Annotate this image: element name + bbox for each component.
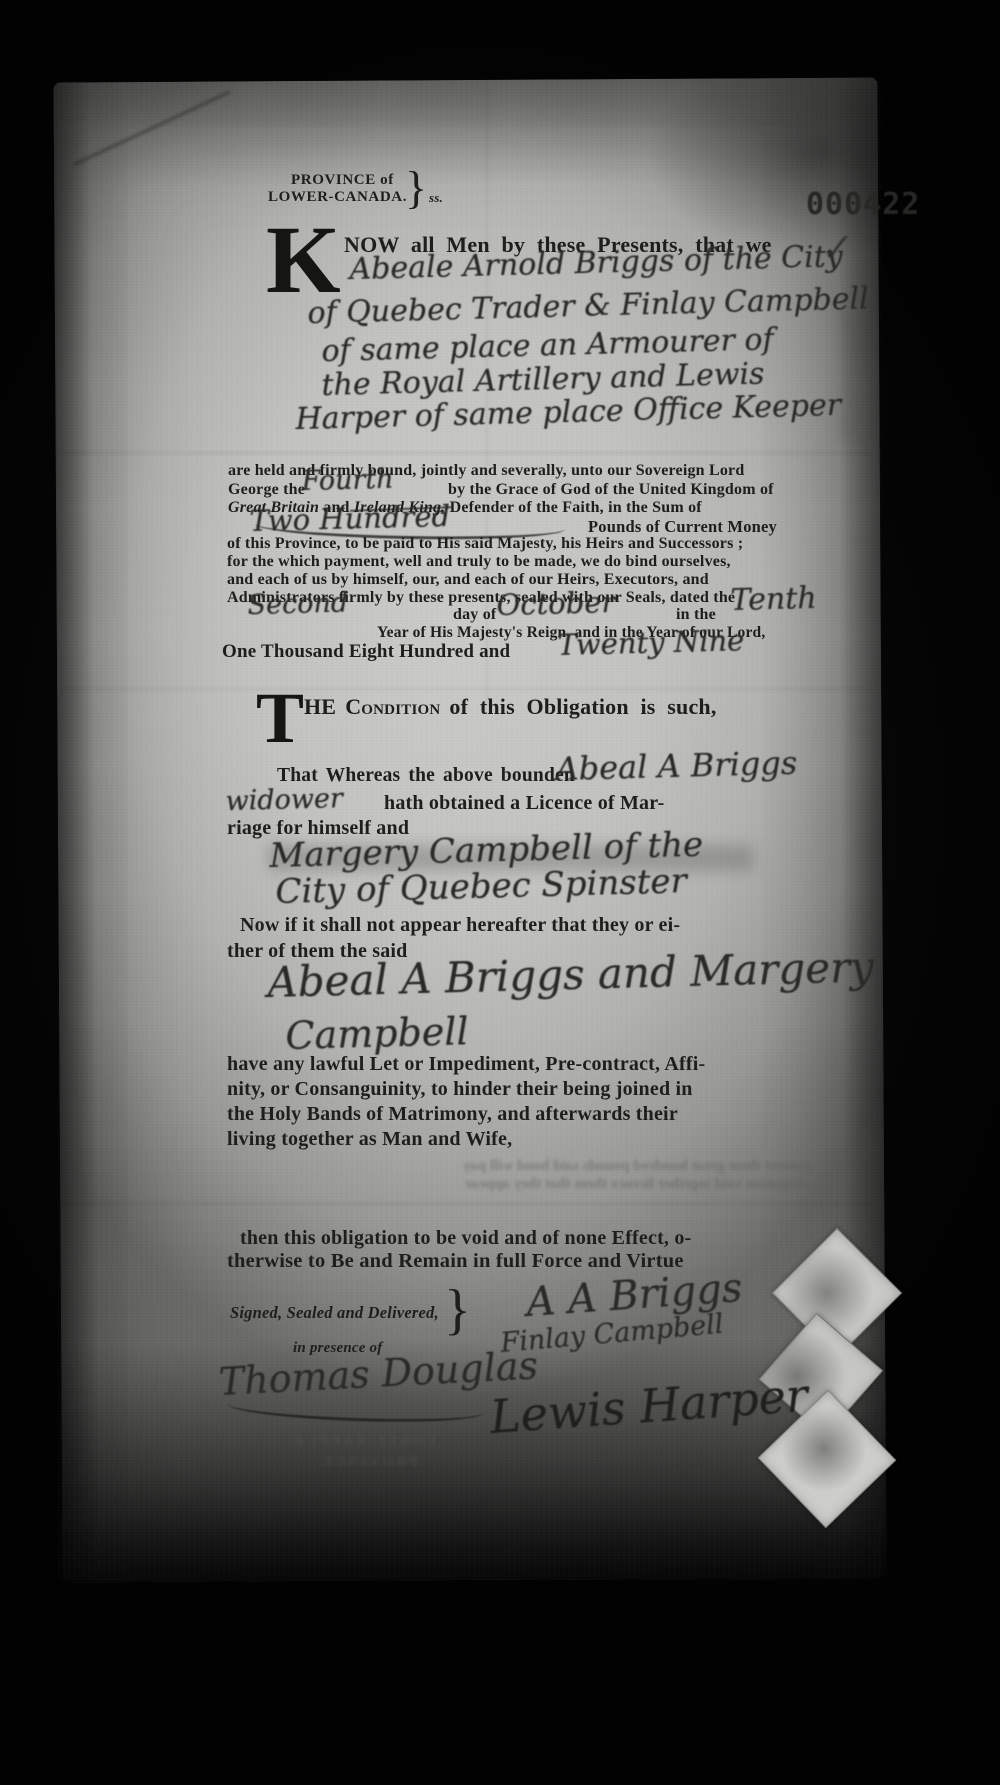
bond-line-6: for the which payment, well and truly to… bbox=[227, 553, 731, 571]
header-jurisdiction-abbr: ss. bbox=[429, 190, 443, 206]
condition-impediment-line-2: nity, or Consanguinity, to hinder their … bbox=[227, 1078, 693, 1101]
bleedthrough-text-line-2: obligation void together licence them th… bbox=[240, 1176, 810, 1193]
fold-crease-horizontal-2 bbox=[62, 688, 870, 690]
condition-heading-smallcaps: Condition bbox=[345, 694, 440, 719]
bond-line-2-post: by the Grace of God of the United Kingdo… bbox=[448, 481, 774, 499]
condition-heading: HEConditionof this Obligation is such, bbox=[304, 694, 717, 720]
bond-line-4: Pounds of Current Money bbox=[588, 517, 777, 537]
handwritten-year: Twenty Nine bbox=[557, 623, 745, 662]
dropcap-T: T bbox=[256, 682, 304, 754]
microfilm-scan-frame: PROVINCE of LOWER-CANADA. } ss. 000422 ✓… bbox=[0, 0, 1000, 1785]
fold-crease-horizontal-3 bbox=[62, 1203, 870, 1205]
handwritten-couple-line-2: Campbell bbox=[285, 1009, 469, 1058]
dropcap-K: K bbox=[266, 212, 341, 308]
bond-line-2-pre: George the bbox=[228, 481, 305, 499]
header-province-line1: PROVINCE of bbox=[291, 172, 394, 189]
condition-heading-post: of this Obligation is such, bbox=[449, 694, 716, 719]
handwritten-day: Second bbox=[247, 587, 348, 621]
bond-line-10: One Thousand Eight Hundred and bbox=[222, 641, 510, 663]
condition-heading-pre: HE bbox=[304, 694, 336, 719]
signed-sealed-label: Signed, Sealed and Delivered, bbox=[230, 1303, 439, 1323]
condition-void-line-2: therwise to Be and Remain in full Force … bbox=[227, 1250, 684, 1273]
bleedthrough-text-line-1: present these great hundred pounds said … bbox=[232, 1158, 812, 1175]
signature-brace: } bbox=[444, 1282, 471, 1338]
header-brace: } bbox=[405, 166, 427, 210]
condition-licence-line: hath obtained a Licence of Mar- bbox=[384, 792, 664, 815]
handwritten-groom-name: Abeal A Briggs bbox=[555, 744, 798, 788]
bond-line-7: and each of us by himself, our, and each… bbox=[227, 571, 709, 589]
condition-impediment-line-4: living together as Man and Wife, bbox=[227, 1128, 512, 1151]
faint-stamp-line-2: PROVINCE bbox=[258, 1455, 418, 1471]
condition-proviso-line-1: Now if it shall not appear hereafter tha… bbox=[240, 914, 680, 937]
handwritten-month: October bbox=[496, 585, 616, 622]
condition-void-line-1: then this obligation to be void and of n… bbox=[240, 1227, 691, 1250]
condition-impediment-line-3: the Holy Bands of Matrimony, and afterwa… bbox=[227, 1103, 678, 1126]
bond-defender: Defender of the Faith, in the Sum of bbox=[445, 499, 701, 516]
fold-crease-horizontal-1 bbox=[62, 452, 870, 454]
registry-serial-number: 000422 bbox=[806, 187, 920, 222]
handwritten-groom-status: widower bbox=[225, 783, 343, 817]
handwritten-regnal-year: Tenth bbox=[730, 581, 817, 618]
header-province-line2: LOWER-CANADA. bbox=[268, 189, 407, 206]
handwritten-regnal-name: Fourth bbox=[301, 464, 394, 497]
bond-in-the-label: in the bbox=[676, 606, 716, 624]
bond-day-of-label: day of bbox=[453, 606, 496, 624]
bond-line-5: of this Province, to be paid to His said… bbox=[227, 535, 743, 553]
faint-stamp-line-1: FORTE NAPPI P bbox=[246, 1434, 436, 1450]
condition-impediment-line-1: have any lawful Let or Impediment, Pre-c… bbox=[227, 1053, 705, 1076]
